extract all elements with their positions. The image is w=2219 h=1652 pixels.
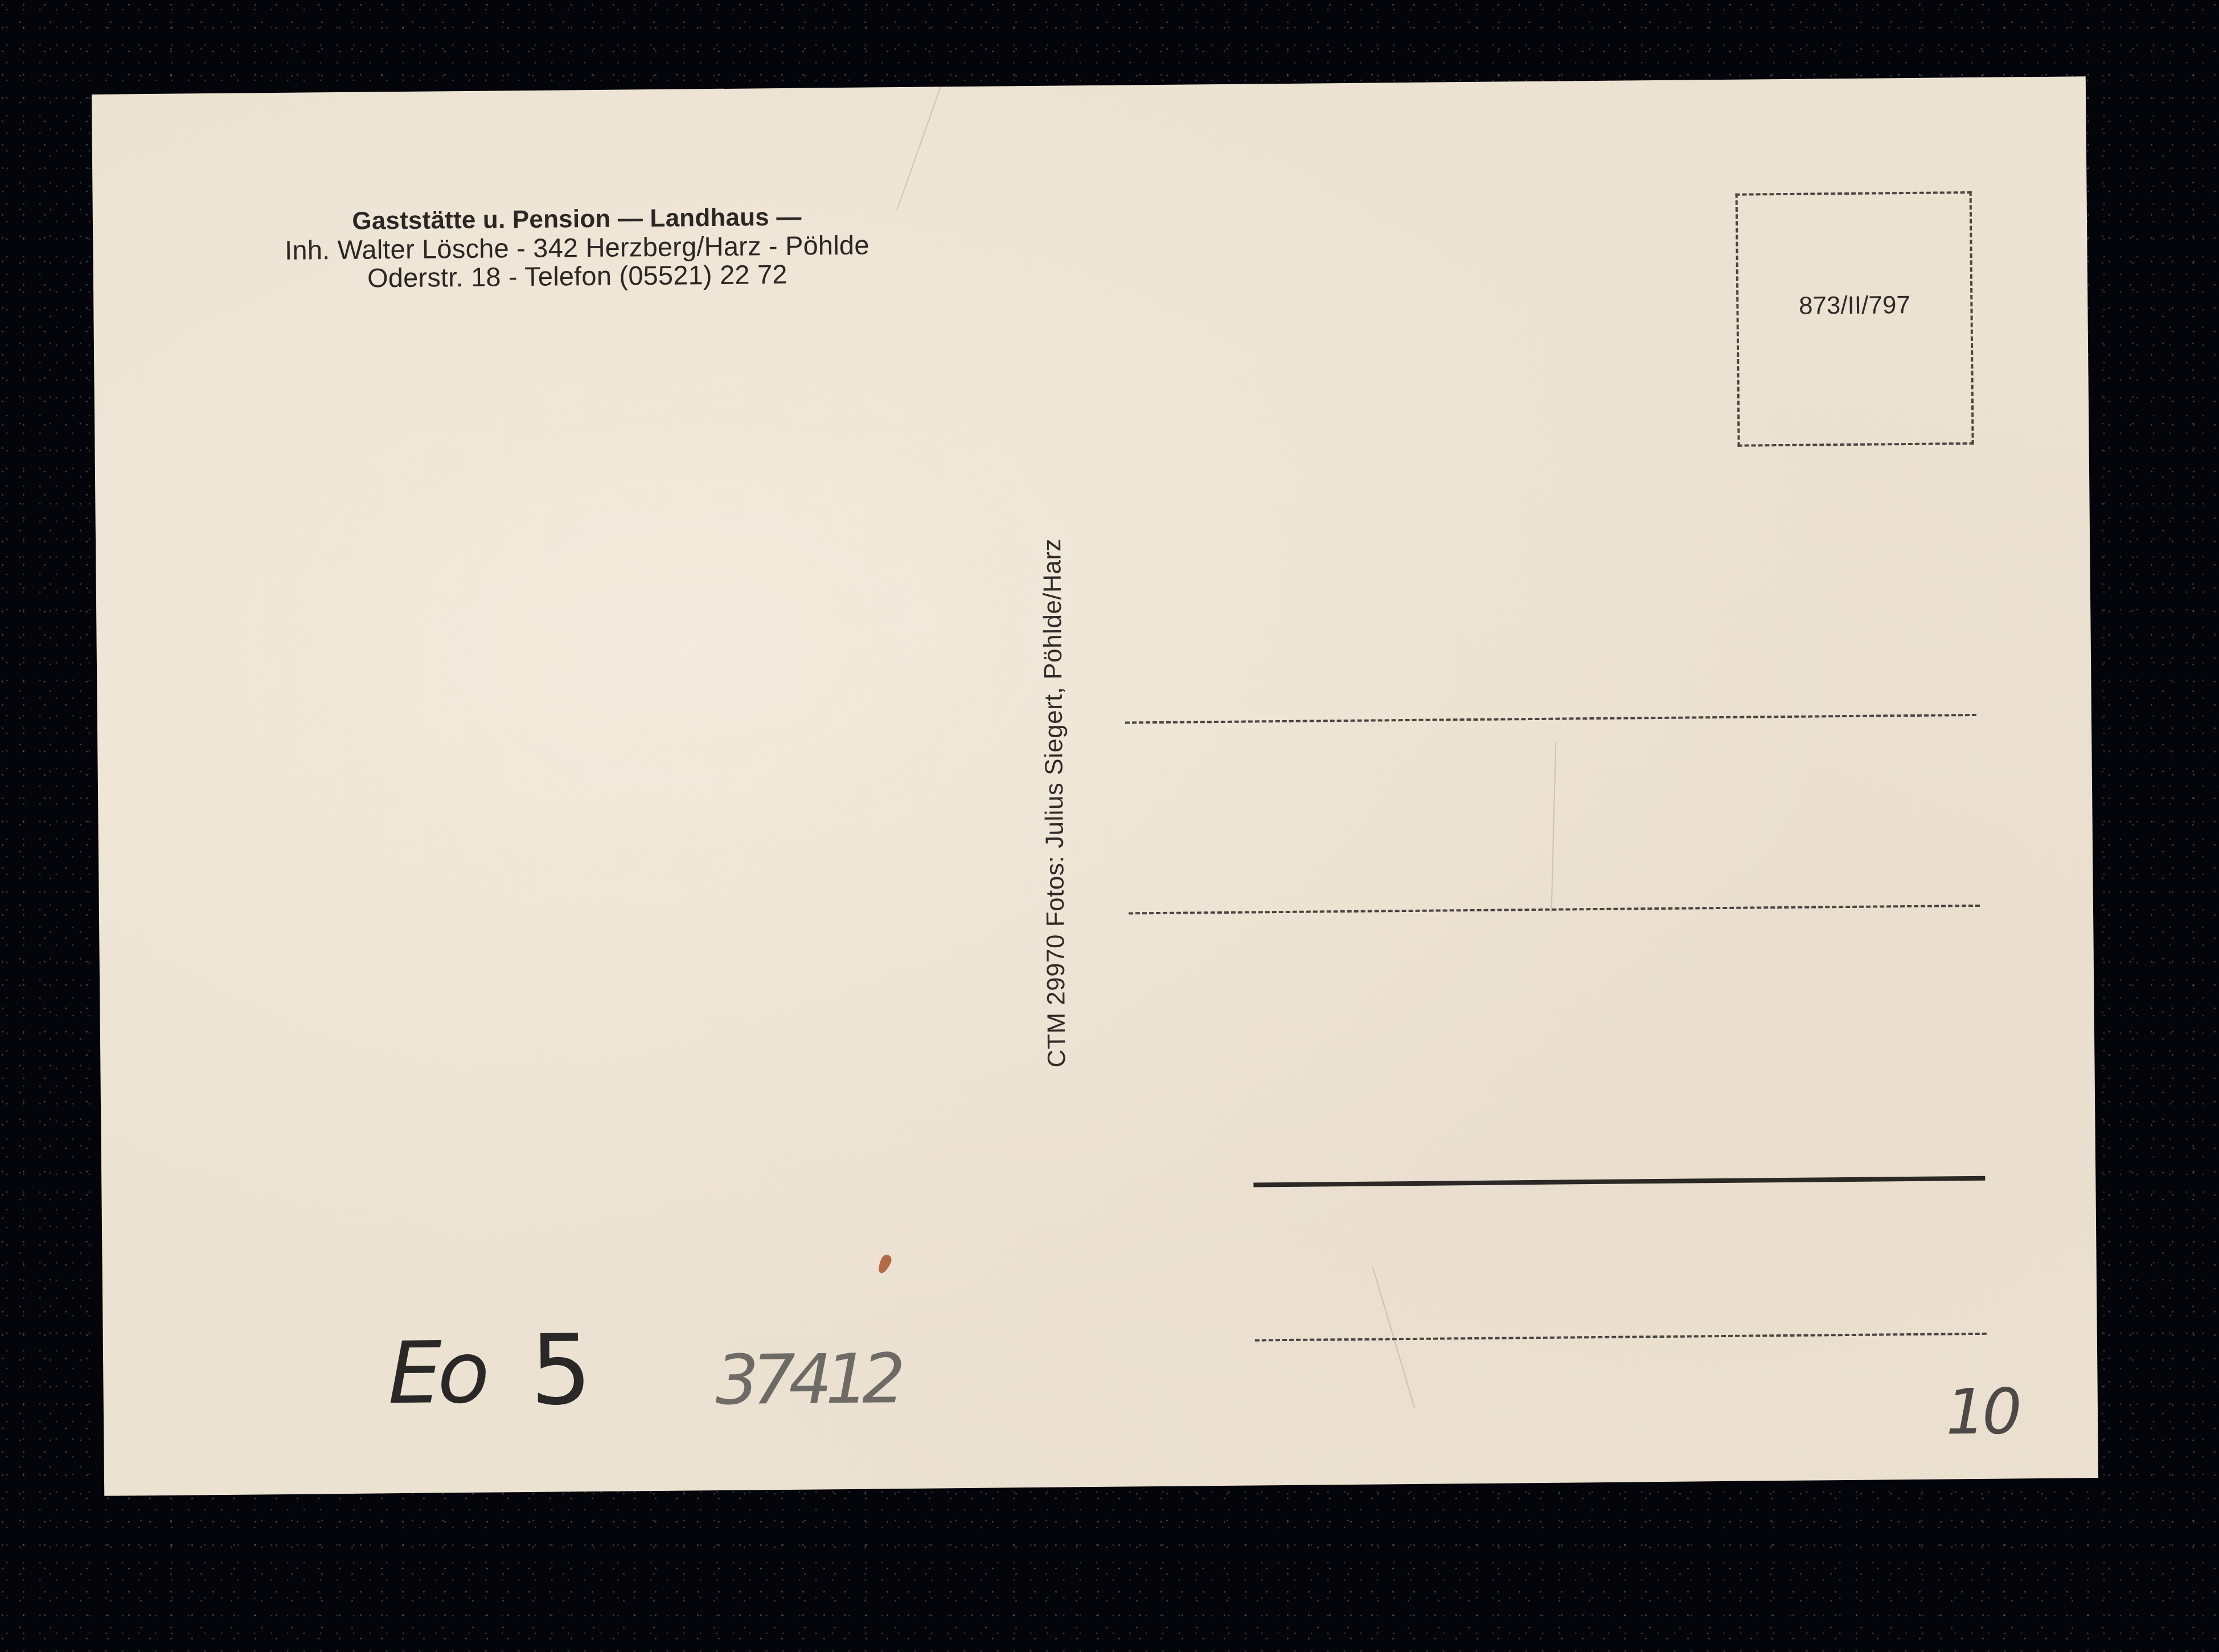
handwritten-archive-prefix: Eo [388,1324,486,1424]
paper-crease [1551,742,1557,913]
handwritten-inventory-number: 37412 [715,1339,899,1420]
address-line-3 [1255,1333,1987,1342]
owner-address: Inh. Walter Lösche - 342 Herzberg/Harz -… [207,230,947,265]
address-line-1 [1125,714,1976,724]
photo-credit: CTM 29970 Fotos: Julius Siegert, Pöhlde/… [1035,450,1075,1156]
stamp-box: 873/II/797 [1736,191,1974,447]
postcard-back: Gaststätte u. Pension — Landhaus — Inh. … [92,76,2098,1496]
address-line-2 [1129,905,1980,915]
photo-credit-text: CTM 29970 Fotos: Julius Siegert, Pöhlde/… [1038,539,1071,1068]
handwritten-archive-number: 5 [530,1314,592,1427]
address-line-solid [1253,1176,1985,1187]
stain-mark [876,1253,893,1275]
paper-crease [896,87,941,211]
handwritten-page-number: 10 [1945,1375,2019,1448]
sender-header: Gaststätte u. Pension — Landhaus — Inh. … [207,202,948,294]
stamp-box-code: 873/II/797 [1738,290,1970,321]
